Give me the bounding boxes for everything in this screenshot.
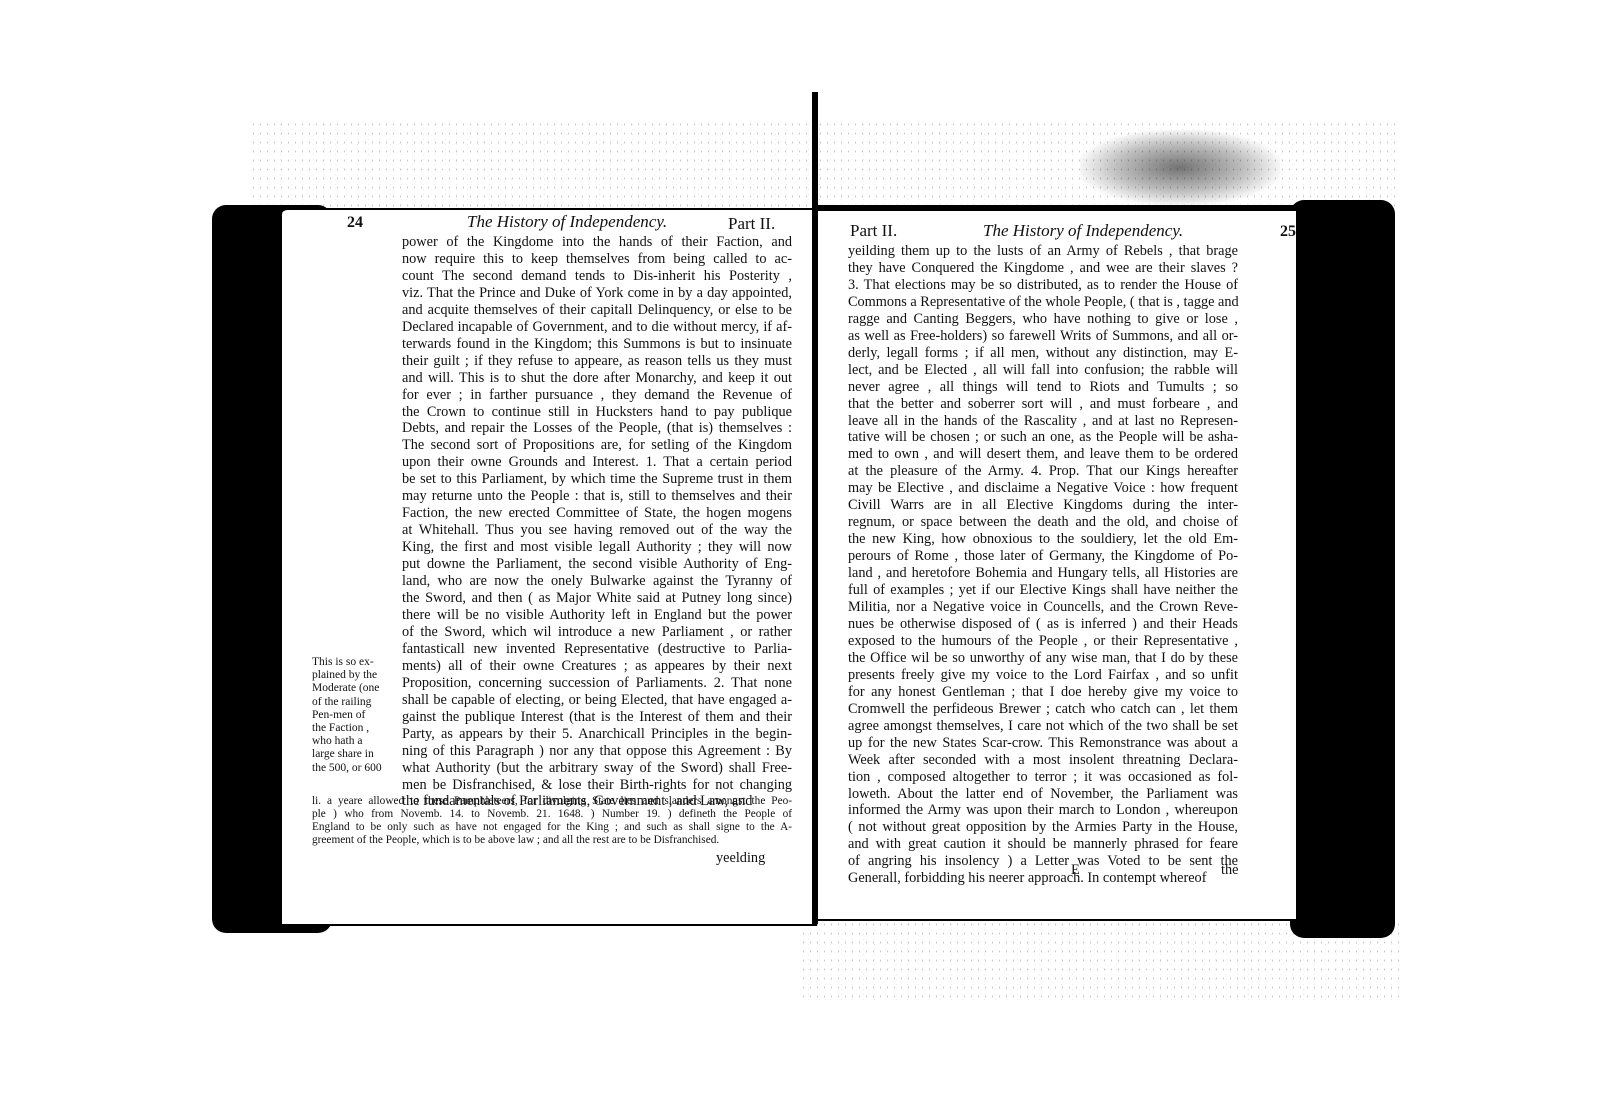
text-line: now require this to keep themselves from…: [402, 251, 792, 268]
margin-note-line: large share in: [312, 748, 402, 761]
text-line: at the pleasure of the Army. 4. Prop. Th…: [848, 463, 1238, 480]
text-line: Commons a Representative of the whole Pe…: [848, 294, 1238, 311]
footnote-line: li. a yeare allowed to these Pamphleteer…: [312, 795, 792, 808]
text-line: ning of this Paragraph ) nor any that op…: [402, 743, 792, 760]
left-page: 24 The History of Independency. Part II.…: [282, 208, 817, 926]
text-line: there will be no visible Authority left …: [402, 607, 792, 624]
text-line: yeilding them up to the lusts of an Army…: [848, 243, 1238, 260]
text-line: be set to this Parliament, by which time…: [402, 471, 792, 488]
right-cover: [1290, 200, 1395, 938]
text-line: agree amongst themselves, I care not whi…: [848, 718, 1238, 735]
part-label-right: Part II.: [850, 221, 897, 241]
text-line: nues be otherwise disposed of ( as is in…: [848, 616, 1238, 633]
text-line: exposed to the humours of the People , o…: [848, 633, 1238, 650]
text-line: up for the new States Scar-crow. This Re…: [848, 735, 1238, 752]
margin-note-line: plained by the: [312, 669, 402, 682]
scan-noise-top: [250, 120, 1400, 210]
text-line: ( not without great opposition by the Ar…: [848, 819, 1238, 836]
text-line: The second sort of Propositions are, for…: [402, 437, 792, 454]
text-line: the Office wil be so unworthy of any wis…: [848, 650, 1238, 667]
footnote: li. a yeare allowed to these Pamphleteer…: [312, 795, 792, 847]
text-line: Generall, forbidding his neerer approach…: [848, 870, 1238, 887]
text-line: Week after seconded with a most insolent…: [848, 752, 1238, 769]
text-line: and will. This is to shut the dore after…: [402, 370, 792, 387]
page-number-right: 25: [1280, 223, 1296, 241]
part-label-left: Part II.: [728, 214, 775, 234]
text-line: they have Conquered the Kingdome , and w…: [848, 260, 1238, 277]
text-line: power of the Kingdome into the hands of …: [402, 234, 792, 251]
text-line: ments) all of their owne Creatures ; as …: [402, 658, 792, 675]
catchword-right: the: [1221, 862, 1238, 879]
text-line: Cromwell the perfideous Brewer ; catch w…: [848, 701, 1238, 718]
text-line: tion , composed altogether to terror ; i…: [848, 769, 1238, 786]
text-line: the new King, how obnoxious to the sould…: [848, 531, 1238, 548]
margin-note-line: the 500, or 600: [312, 762, 402, 775]
margin-note-line: the Faction ,: [312, 722, 402, 735]
text-line: at Whitehall. Thus you see having remove…: [402, 522, 792, 539]
text-line: ragge and Canting Beggers, who have noth…: [848, 311, 1238, 328]
text-line: Civill Warrs are in all Elective Kingdom…: [848, 497, 1238, 514]
right-page: Part II. The History of Independency. 25…: [818, 211, 1296, 921]
text-line: for ever ; in farther pursuance , they d…: [402, 387, 792, 404]
footnote-line: England to be only such as have not enga…: [312, 821, 792, 834]
text-line: and with great caution it should be mann…: [848, 836, 1238, 853]
text-line: Declared incapable of Government, and to…: [402, 319, 792, 336]
right-page-header: Part II. The History of Independency. 25: [818, 221, 1296, 245]
text-line: gainst the publique Interest (that is th…: [402, 709, 792, 726]
text-line: may returne unto the People : that is, s…: [402, 488, 792, 505]
text-line: viz. That the Prince and Duke of York co…: [402, 285, 792, 302]
text-line: regnum, or space between the death and t…: [848, 514, 1238, 531]
text-line: as well as Free-holders) so farewell Wri…: [848, 328, 1238, 345]
text-line: upon their owne Grounds and Interest. 1.…: [402, 454, 792, 471]
running-title-right: The History of Independency.: [983, 221, 1183, 241]
text-line: that the better and soberrer sort will ,…: [848, 396, 1238, 413]
text-line: terwards found in the Kingdom; this Summ…: [402, 336, 792, 353]
text-line: leave all in the hands of the Rascality …: [848, 413, 1238, 430]
text-line: for any honest Gentleman ; that I doe he…: [848, 684, 1238, 701]
text-line: land , and heretofore Bohemia and Hungar…: [848, 565, 1238, 582]
text-line: the Crown to continue still in Hucksters…: [402, 404, 792, 421]
text-line: count The second demand tends to Dis-inh…: [402, 268, 792, 285]
text-line: med to own , and will desert them, and l…: [848, 446, 1238, 463]
signature-mark: E: [1071, 862, 1080, 879]
text-line: may be Elective , and disclaime a Negati…: [848, 480, 1238, 497]
left-page-body: power of the Kingdome into the hands of …: [402, 234, 792, 810]
text-line: fantasticall new invented Representative…: [402, 641, 792, 658]
text-line: perours of Rome , those later of Germany…: [848, 548, 1238, 565]
text-line: put downe the Parliament, the second vis…: [402, 556, 792, 573]
footnote-line: ple ) who from Novemb. 14. to Novemb. 21…: [312, 808, 792, 821]
text-line: Debts, and repair the Losses of the Peop…: [402, 420, 792, 437]
catchword-left: yeelding: [716, 850, 765, 867]
text-line: presents freely give my voice to the Lor…: [848, 667, 1238, 684]
text-line: loweth. About the latter end of November…: [848, 786, 1238, 803]
text-line: the Sword, and then ( as Major White sai…: [402, 590, 792, 607]
right-page-body: yeilding them up to the lusts of an Army…: [848, 243, 1238, 887]
margin-note-line: Moderate (one: [312, 682, 402, 695]
left-page-header: 24 The History of Independency. Part II.: [282, 212, 817, 236]
margin-note-line: This is so ex-: [312, 656, 402, 669]
text-line: tative will be chosen ; or such an one, …: [848, 429, 1238, 446]
text-line: of the Sword, which wil introduce a new …: [402, 624, 792, 641]
text-line: Faction, the new erected Committee of St…: [402, 505, 792, 522]
text-line: Militia, nor a Negative voice in Councel…: [848, 599, 1238, 616]
text-line: their guilt ; if they refuse to appeare,…: [402, 353, 792, 370]
scan-smudge: [1080, 130, 1280, 205]
page-number-left: 24: [347, 214, 363, 232]
margin-note-line: who hath a: [312, 735, 402, 748]
text-line: land, who are now the onely Bulwarke aga…: [402, 573, 792, 590]
text-line: men be Disfranchised, & lose their Birth…: [402, 777, 792, 794]
text-line: Proposition, concerning succession of Pa…: [402, 675, 792, 692]
text-line: of angring his insolency ) a Letter was …: [848, 853, 1238, 870]
text-line: lect, and be Elected , all will fall int…: [848, 362, 1238, 379]
text-line: derly, legall forms ; if all men, withou…: [848, 345, 1238, 362]
text-line: Party, as appears by their 5. Anarchical…: [402, 726, 792, 743]
text-line: what Authority (but the arbitrary sway o…: [402, 760, 792, 777]
running-title-left: The History of Independency.: [467, 212, 667, 232]
text-line: King, the first and most visible legall …: [402, 539, 792, 556]
text-line: never agree , all things will tend to Ri…: [848, 379, 1238, 396]
text-line: shall be capable of electing, or being E…: [402, 692, 792, 709]
text-line: and acquite themselves of their capitall…: [402, 302, 792, 319]
margin-note-line: Pen-men of: [312, 709, 402, 722]
footnote-line: greement of the People, which is to be a…: [312, 834, 792, 847]
margin-note: This is so ex-plained by theModerate (on…: [312, 656, 402, 775]
text-line: informed the Army was upon their march t…: [848, 802, 1238, 819]
text-line: full of examples ; yet if our Elective K…: [848, 582, 1238, 599]
margin-note-line: of the railing: [312, 696, 402, 709]
text-line: 3. That elections may be so distributed,…: [848, 277, 1238, 294]
